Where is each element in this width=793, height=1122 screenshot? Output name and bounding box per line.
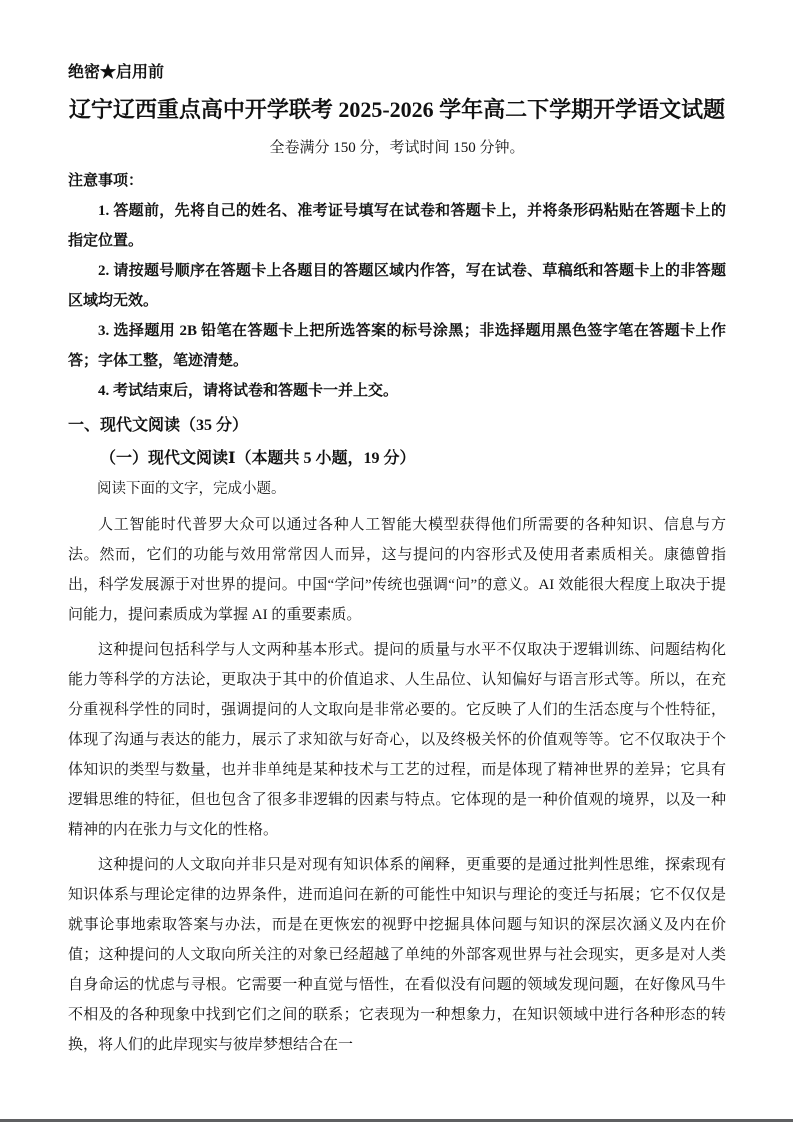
subsection-heading-reading-one: （一）现代文阅读Ⅰ（本题共 5 小题，19 分）	[68, 444, 726, 474]
notice-heading: 注意事项：	[68, 166, 726, 196]
exam-subtitle: 全卷满分 150 分，考试时间 150 分钟。	[68, 136, 726, 160]
exam-paper-page: 绝密★启用前 辽宁辽西重点高中开学联考 2025-2026 学年高二下学期开学语…	[0, 0, 793, 1119]
notice-item-1: 1. 答题前，先将自己的姓名、准考证号填写在试卷和答题卡上，并将条形码粘贴在答题…	[68, 196, 726, 256]
passage-paragraph-2: 这种提问包括科学与人文两种基本形式。提问的质量与水平不仅取决于逻辑训练、问题结构…	[68, 635, 726, 845]
notice-item-3: 3. 选择题用 2B 铅笔在答题卡上把所选答案的标号涂黑；非选择题用黑色签字笔在…	[68, 316, 726, 376]
reading-passage: 人工智能时代普罗大众可以通过各种人工智能大模型获得他们所需要的各种知识、信息与方…	[68, 510, 726, 1060]
passage-paragraph-3: 这种提问的人文取向并非只是对现有知识体系的阐释，更重要的是通过批判性思维，探索现…	[68, 850, 726, 1060]
classification-label: 绝密★启用前	[68, 62, 726, 84]
passage-paragraph-1: 人工智能时代普罗大众可以通过各种人工智能大模型获得他们所需要的各种知识、信息与方…	[68, 510, 726, 630]
section-heading-modern-reading: 一、现代文阅读（35 分）	[68, 411, 726, 441]
notice-block: 注意事项： 1. 答题前，先将自己的姓名、准考证号填写在试卷和答题卡上，并将条形…	[68, 166, 726, 406]
notice-item-2: 2. 请按题号顺序在答题卡上各题目的答题区域内作答，写在试卷、草稿纸和答题卡上的…	[68, 256, 726, 316]
notice-item-4: 4. 考试结束后，请将试卷和答题卡一并上交。	[68, 376, 726, 406]
exam-title: 辽宁辽西重点高中开学联考 2025-2026 学年高二下学期开学语文试题	[68, 94, 726, 126]
reading-instruction: 阅读下面的文字，完成小题。	[68, 474, 726, 504]
